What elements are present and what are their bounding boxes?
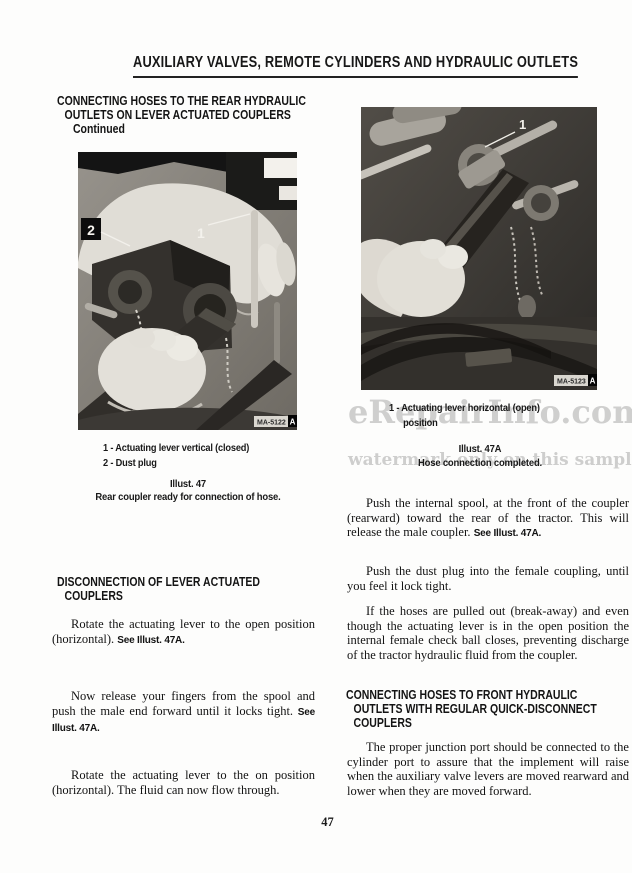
figure-47-caption: Rear coupler ready for connection of hos… <box>55 491 321 504</box>
paragraph-text: If the hoses are pulled out (break-away)… <box>347 604 629 662</box>
section-heading-front-outlets: CONNECTING HOSES TO FRONT HYDRAULIC OUTL… <box>346 689 597 730</box>
paragraph: Rotate the actuating lever to the open p… <box>52 617 315 648</box>
section-heading-disconnection: DISCONNECTION OF LEVER ACTUATED COUPLERS <box>57 576 260 604</box>
illustration-47-photo: 2 1 MA-5122 A <box>78 152 297 430</box>
photo-stamp-suffix: A <box>290 418 296 427</box>
paragraph: The proper junction port should be conne… <box>347 740 629 798</box>
paragraph: If the hoses are pulled out (break-away)… <box>347 604 629 662</box>
paragraph: Rotate the actuating lever to the on pos… <box>52 768 315 797</box>
legend-line: 2 - Dust plug <box>103 456 249 471</box>
figure-47a-label: Illust. 47A <box>359 443 602 456</box>
section-heading-rear-outlets: CONNECTING HOSES TO THE REAR HYDRAULIC O… <box>57 95 306 136</box>
paragraph: Push the dust plug into the female coupl… <box>347 564 629 593</box>
illust-reference: See Illust. 47A. <box>117 635 184 646</box>
paragraph-text: Push the dust plug into the female coupl… <box>347 564 629 593</box>
callout-2-label: 2 <box>87 222 95 238</box>
illustration-47a-photo: 1 MA-5123 A <box>361 107 597 390</box>
figure-47-legend: 1 - Actuating lever vertical (closed) 2 … <box>103 441 249 471</box>
figure-47a-caption: Hose connection completed. <box>359 457 602 470</box>
manual-page: AUXILIARY VALVES, REMOTE CYLINDERS AND H… <box>0 0 632 873</box>
paragraph: Push the internal spool, at the front of… <box>347 496 629 542</box>
page-title: AUXILIARY VALVES, REMOTE CYLINDERS AND H… <box>133 54 578 78</box>
heading-line: CONNECTING HOSES TO THE REAR HYDRAULIC <box>57 95 306 109</box>
heading-line: Continued <box>57 123 306 137</box>
figure-47a-legend: 1 - Actuating lever horizontal (open) po… <box>389 401 540 431</box>
photo-stamp: MA-5123 A <box>554 374 597 386</box>
heading-line: DISCONNECTION OF LEVER ACTUATED <box>57 576 260 590</box>
callout-1-label: 1 <box>197 225 205 241</box>
figure-47-label: Illust. 47 <box>55 478 321 491</box>
paragraph-text: The proper junction port should be conne… <box>347 740 629 798</box>
legend-line: 1 - Actuating lever vertical (closed) <box>103 441 249 456</box>
callout-1-label: 1 <box>519 117 526 132</box>
paragraph-text: Now release your fingers from the spool … <box>52 689 315 718</box>
photo-stamp-code: MA-5123 <box>557 379 586 386</box>
photo-stamp: MA-5122 A <box>254 415 297 427</box>
legend-line: 1 - Actuating lever horizontal (open) <box>389 401 540 416</box>
legend-line: position <box>389 416 540 431</box>
photo-stamp-code: MA-5122 <box>257 420 286 427</box>
paragraph: Now release your fingers from the spool … <box>52 689 315 737</box>
heading-line: CONNECTING HOSES TO FRONT HYDRAULIC <box>346 689 597 703</box>
heading-line: COUPLERS <box>57 590 260 604</box>
paragraph-text: Rotate the actuating lever to the on pos… <box>52 768 315 797</box>
heading-line: OUTLETS ON LEVER ACTUATED COUPLERS <box>57 109 306 123</box>
illust-reference: See Illust. 47A. <box>474 528 541 539</box>
heading-line: COUPLERS <box>346 717 597 731</box>
photo-stamp-suffix: A <box>590 377 596 386</box>
page-number: 47 <box>305 815 350 830</box>
heading-line: OUTLETS WITH REGULAR QUICK-DISCONNECT <box>346 703 597 717</box>
